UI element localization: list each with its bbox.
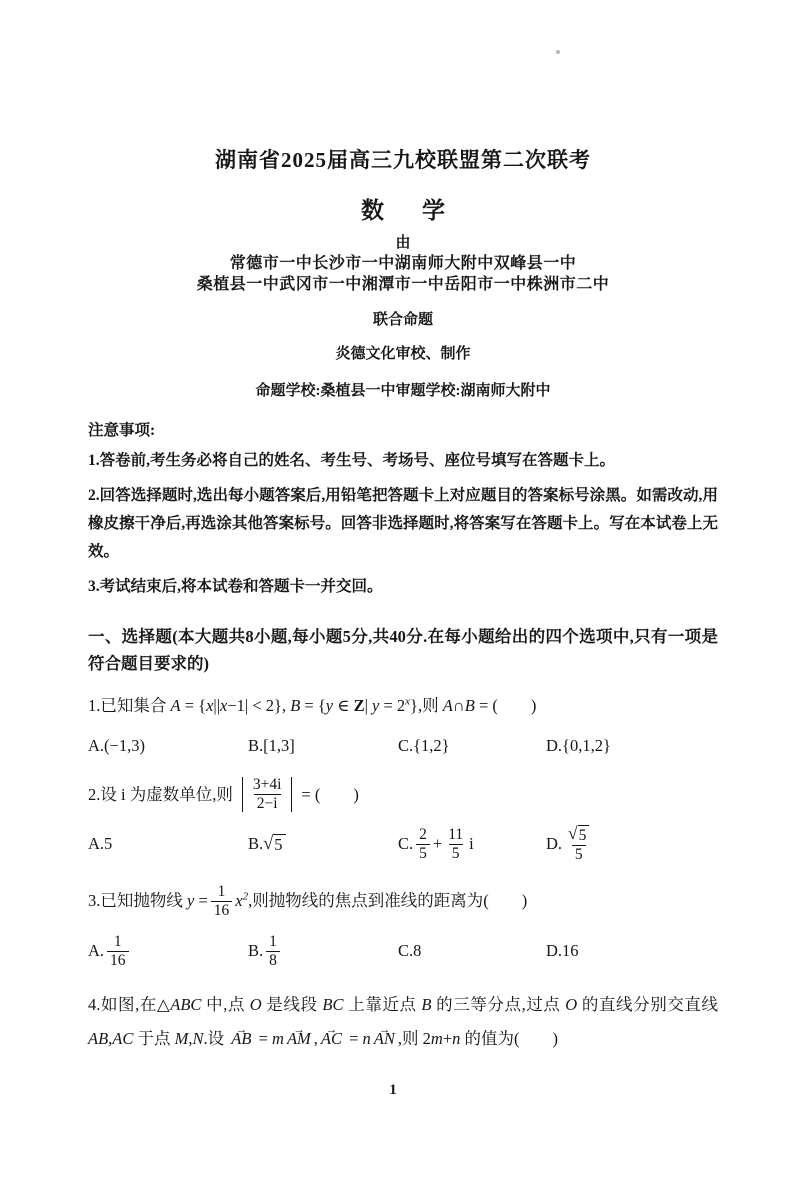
fraction-denominator: 16 (211, 901, 233, 920)
option-label: A. (88, 941, 104, 961)
fraction-numerator: 3+4i (250, 776, 285, 794)
fraction-denominator: 5 (416, 844, 430, 863)
sqrt-expression: √ 5 (568, 825, 589, 845)
notice-item-2: 2.回答选择题时,选出每小题答案后,用铅笔把答题卡上对应题目的答案标号涂黑。如需… (88, 482, 718, 566)
imaginary-unit: i (469, 834, 474, 854)
fraction-denominator: 5 (572, 845, 586, 864)
q2-option-c: C. 2 5 + 11 5 i (398, 826, 546, 863)
page-number: 1 (0, 1082, 786, 1099)
fraction: 1 8 (266, 933, 280, 970)
q2-option-b: B. √ 5 (248, 834, 398, 855)
option-label: B. (248, 941, 263, 961)
question-2-options: A.5 B. √ 5 C. 2 5 + 11 5 i (88, 825, 718, 864)
fraction-denominator: 16 (107, 951, 129, 970)
fraction: 2 5 (416, 826, 430, 863)
plus-sign: + (433, 834, 442, 854)
joint-proposition-line: 联合命题 (88, 308, 718, 329)
q3-stem-prefix: 3.已知抛物线 y = (88, 888, 208, 914)
page-content: 湖南省2025届高三九校联盟第二次联考 数学 由 常德市一中长沙市一中湖南师大附… (88, 0, 718, 1056)
section-1-heading: 一、选择题(本大题共8小题,每小题5分,共40分.在每小题给出的四个选项中,只有… (88, 623, 718, 677)
production-line: 炎德文化审校、制作 (88, 342, 718, 363)
question-3-options: A. 1 16 B. 1 8 C.8 D.16 (88, 933, 718, 970)
radical-sign: √ (263, 834, 273, 853)
option-label: B. (248, 834, 263, 854)
question-3-stem: 3.已知抛物线 y = 1 16 x2,则抛物线的焦点到准线的距离为( ) (88, 883, 718, 920)
proposer-line: 命题学校:桑植县一中审题学校:湖南师大附中 (88, 379, 718, 400)
q3-option-b: B. 1 8 (248, 933, 398, 970)
q3-option-d: D.16 (546, 941, 718, 961)
subject-text: 数学 (361, 198, 483, 223)
abs-bar-left (242, 777, 243, 812)
q2-absolute-value-fraction: 3+4i 2−i (238, 776, 297, 813)
question-1-options: A.(−1,3) B.[1,3] C.{1,2} D.{0,1,2} (88, 736, 718, 756)
option-label: D. (546, 834, 562, 854)
fraction: 1 16 (107, 933, 129, 970)
radical-sign: √ (568, 825, 578, 843)
q1-option-b: B.[1,3] (248, 736, 398, 756)
sqrt-expression: √ 5 (263, 834, 285, 855)
fraction: 11 5 (445, 826, 466, 863)
q2-stem-prefix: 2.设 i 为虚数单位,则 (88, 782, 233, 808)
fraction-denominator: 5 (449, 844, 463, 863)
question-1-stem: 1.已知集合 A = {x||x−1| < 2}, B = {y ∈ Z| y … (88, 693, 718, 719)
notice-item-1: 1.答卷前,考生务必将自己的姓名、考生号、考场号、座位号填写在答题卡上。 (88, 447, 718, 475)
q3-stem-suffix: x2,则抛物线的焦点到准线的距离为( ) (235, 888, 527, 914)
q3-option-c: C.8 (398, 941, 546, 961)
q1-option-a: A.(−1,3) (88, 736, 248, 756)
exam-title: 湖南省2025届高三九校联盟第二次联考 (88, 144, 718, 174)
q2-option-a: A.5 (88, 834, 248, 854)
schools-line-1: 常德市一中长沙市一中湖南师大附中双峰县一中 (88, 254, 718, 273)
abs-bar-right (291, 777, 292, 812)
question-4-stem: 4.如图,在△ABC 中,点 O 是线段 BC 上靠近点 B 的三等分点,过点 … (88, 988, 718, 1056)
fraction-numerator: 1 (111, 933, 125, 951)
fraction-denominator: 2−i (254, 794, 281, 813)
question-2-stem: 2.设 i 为虚数单位,则 3+4i 2−i = ( ) (88, 776, 718, 813)
exam-paper-page: 湖南省2025届高三九校联盟第二次联考 数学 由 常德市一中长沙市一中湖南师大附… (0, 0, 800, 1184)
q1-option-d: D.{0,1,2} (546, 736, 718, 756)
q3-fraction: 1 16 (211, 883, 233, 920)
schools-line-2: 桑植县一中武冈市一中湘潭市一中岳阳市一中株洲市二中 (88, 275, 718, 294)
q3-option-a: A. 1 16 (88, 933, 248, 970)
fraction-numerator: 11 (445, 826, 466, 844)
radicand: 5 (578, 825, 590, 845)
q1-option-c: C.{1,2} (398, 736, 546, 756)
notices-heading: 注意事项: (88, 418, 718, 440)
radicand: 5 (273, 834, 285, 855)
fraction-numerator: √ 5 (565, 825, 592, 845)
by-line: 由 (88, 235, 718, 252)
subject-title: 数学 (88, 192, 718, 225)
q2-stem-suffix: = ( ) (301, 782, 358, 808)
fraction-numerator: 1 (215, 883, 229, 901)
fraction-denominator: 8 (266, 951, 280, 970)
fraction: √ 5 5 (565, 825, 592, 864)
fraction-numerator: 2 (416, 826, 430, 844)
fraction-numerator: 1 (266, 933, 280, 951)
option-label: C. (398, 834, 413, 854)
notice-item-3: 3.考试结束后,将本试卷和答题卡一并交回。 (88, 573, 718, 601)
q2-option-d: D. √ 5 5 (546, 825, 718, 864)
q2-fraction: 3+4i 2−i (250, 776, 285, 813)
